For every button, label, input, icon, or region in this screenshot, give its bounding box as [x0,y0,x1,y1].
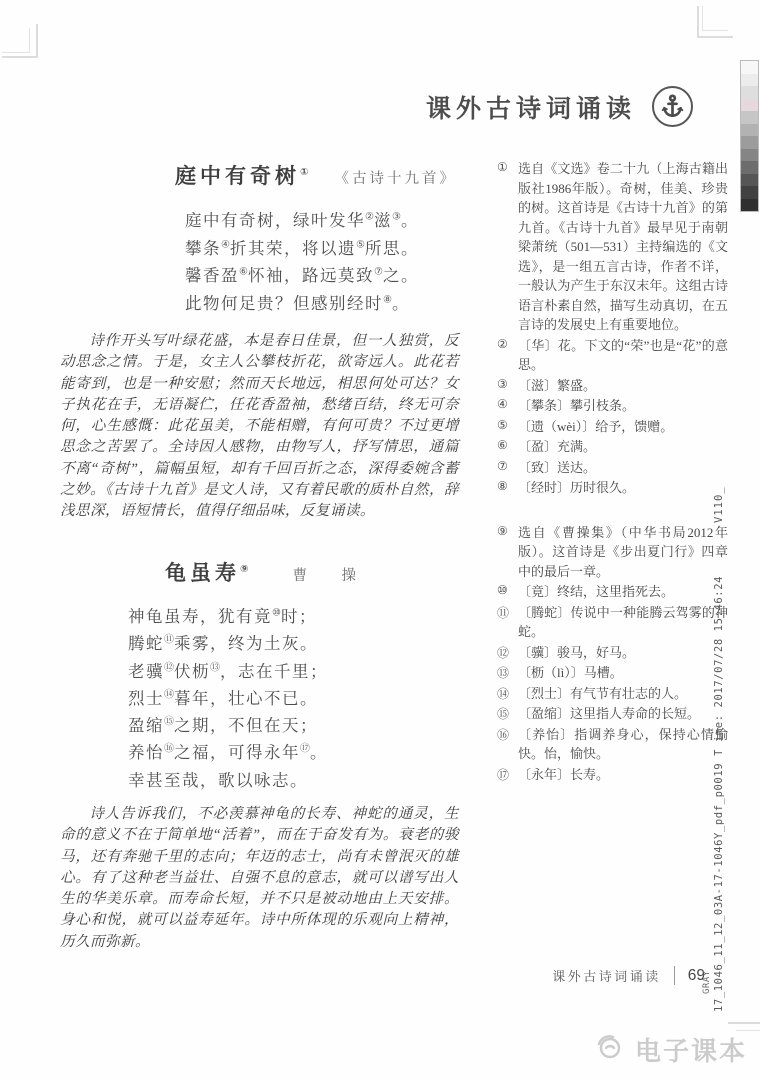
annotation-number: ③ [497,376,518,396]
annotation-item: ⑮〔盈缩〕这里指人寿命的长短。 [497,704,728,724]
annotation-text: 〔竟〕终结，这里指死去。 [518,582,728,602]
footer-section-label: 课外古诗词诵读 [552,966,661,985]
poem-line: 盈缩⑮之期，不但在天； [128,712,328,739]
poem1-commentary: 诗作开头写叶绿花盛，本是春日佳景，但一人独赏，反动思念之情。于是，女主人公攀枝折… [60,331,459,523]
annotation-number: ⑩ [497,582,518,602]
poem2-body: 神龟虽寿，犹有竟⑩时；腾蛇⑪乘雾，终为土灰。老骥⑫伏枥⑬，志在千里；烈士⑭暮年，… [128,603,328,794]
annotations-group2: ⑨选自《曹操集》（中华书局2012年版）。这首诗是《步出夏门行》四章中的最后一章… [497,523,728,785]
annotation-text: 〔枥（lì）〕马槽。 [518,663,728,683]
poem1-heading: 庭中有奇树① 《古诗十九首》 [175,160,457,190]
annotation-item: ⑯〔养怡〕指调养身心，保持心情愉快。怡，愉快。 [497,725,728,764]
annotation-item: ②〔华〕花。下文的“荣”也是“花”的意思。 [497,336,728,375]
press-gray-label: GRAY [702,970,712,994]
ebook-watermark-text: 电子课本 [635,1031,747,1068]
poem-line: 腾蛇⑪乘雾，终为土灰。 [128,630,328,657]
anchor-icon [652,86,693,127]
poem-line: 攀条④折其荣，将以遗⑤所思。 [185,235,419,263]
register-mark-top-left-inner [2,28,30,53]
annotation-number: ⑯ [497,725,518,764]
annotation-text: 〔致〕送达。 [518,458,728,478]
annotation-item: ⑤〔遗（wèi）〕给予，馈赠。 [497,417,728,437]
annotation-number: ① [497,159,518,335]
register-mark-top-right [697,6,733,38]
annotation-number: ② [497,336,518,375]
poem2-title-note-marker: ⑨ [240,564,248,575]
annotation-item: ⑫〔骥〕骏马，好马。 [497,643,728,663]
poem1-body: 庭中有奇树，绿叶发华②滋③。攀条④折其荣，将以遗⑤所思。馨香盈⑥怀袖，路远莫致⑦… [185,207,419,317]
annotation-number: ⑦ [497,458,518,478]
poem2-commentary: 诗人告诉我们，不必羡慕神龟的长寿、神蛇的通灵，生命的意义不在于简单地“活着”，而… [60,804,459,953]
annotation-text: 〔腾蛇〕传说中一种能腾云驾雾的神蛇。 [518,603,728,642]
annotation-text: 选自《曹操集》（中华书局2012年版）。这首诗是《步出夏门行》四章中的最后一章。 [518,523,728,582]
annotation-item: ⑭〔烈士〕有气节有壮志的人。 [497,684,728,704]
annotation-number: ⑭ [497,684,518,704]
page-footer: 课外古诗词诵读 69 [0,966,705,985]
annotation-item: ①选自《文选》卷二十九（上海古籍出版社1986年版）。奇树，佳美、珍贵的树。这首… [497,159,728,335]
annotation-item: ⑩〔竟〕终结，这里指死去。 [497,582,728,602]
annotation-text: 〔华〕花。下文的“荣”也是“花”的意思。 [518,336,728,375]
annotation-item: ⑨选自《曹操集》（中华书局2012年版）。这首诗是《步出夏门行》四章中的最后一章… [497,523,728,582]
poem-line: 烈士⑭暮年，壮心不已。 [128,685,328,712]
annotation-number: ⑤ [497,417,518,437]
annotation-item: ④〔攀条〕攀引枝条。 [497,396,728,416]
annotation-text: 〔养怡〕指调养身心，保持心情愉快。怡，愉快。 [518,725,728,764]
annotation-text: 〔滋〕繁盛。 [518,376,728,396]
annotation-item: ⑬〔枥（lì）〕马槽。 [497,663,728,683]
annotation-number: ⑬ [497,663,518,683]
poem2-title: 龟虽寿⑨ [165,557,248,587]
annotations-group1: ①选自《文选》卷二十九（上海古籍出版社1986年版）。奇树，佳美、珍贵的树。这首… [497,159,728,498]
poem1-title: 庭中有奇树① [175,160,308,190]
register-mark-bottom-right [728,1022,760,1024]
annotation-item: ③〔滋〕繁盛。 [497,376,728,396]
ebook-watermark: 电子课本 [593,1031,747,1068]
section-title: 课外古诗词诵读 [426,89,636,125]
annotation-text: 〔盈缩〕这里指人寿命的长短。 [518,704,728,724]
annotation-item: ⑪〔腾蛇〕传说中一种能腾云驾雾的神蛇。 [497,603,728,642]
press-version-code: V110_ [713,486,725,523]
annotation-number: ⑫ [497,643,518,663]
annotation-item: ⑦〔致〕送达。 [497,458,728,478]
annotation-item: ⑧〔经时〕历时很久。 [497,478,728,498]
annotation-text: 〔骥〕骏马，好马。 [518,643,728,663]
register-mark-top-right-inner [702,6,728,31]
annotation-item: ⑰〔永年〕长寿。 [497,765,728,785]
press-file-code: 17_1046_11_12_03A-17-1046Y_pdf_p0019 T i… [713,576,725,1012]
annotation-text: 选自《文选》卷二十九（上海古籍出版社1986年版）。奇树，佳美、珍贵的树。这首诗… [518,159,728,335]
annotations-column: ①选自《文选》卷二十九（上海古籍出版社1986年版）。奇树，佳美、珍贵的树。这首… [497,159,728,785]
poem-line: 庭中有奇树，绿叶发华②滋③。 [185,207,419,235]
annotation-number: ⑥ [497,437,518,457]
footer-divider [674,966,675,985]
poem-line: 神龟虽寿，犹有竟⑩时； [128,603,328,630]
poem2-heading: 龟虽寿⑨ 曹 操 [165,557,366,587]
annotation-number: ⑧ [497,478,518,498]
annotation-number: ⑰ [497,765,518,785]
annotation-number: ④ [497,396,518,416]
annotation-item: ⑥〔盈〕充满。 [497,437,728,457]
poem-line: 馨香盈⑥怀袖，路远莫致⑦之。 [185,262,419,290]
annotation-text: 〔烈士〕有气节有壮志的人。 [518,684,728,704]
annotation-text: 〔永年〕长寿。 [518,765,728,785]
poem2-author: 曹 操 [292,564,366,585]
annotation-text: 〔经时〕历时很久。 [518,478,728,498]
poem-line: 幸甚至哉，歌以咏志。 [128,767,328,794]
grayscale-calibration-strip [740,60,759,212]
annotation-text: 〔盈〕充满。 [518,437,728,457]
annotation-number: ⑨ [497,523,518,582]
poem-line: 此物何足贵？但感别经时⑧。 [185,290,419,318]
poem-line: 养怡⑯之福，可得永年⑰。 [128,739,328,766]
annotation-text: 〔攀条〕攀引枝条。 [518,396,728,416]
annotation-number: ⑪ [497,603,518,642]
poem-line: 老骥⑫伏枥⑬，志在千里； [128,658,328,685]
annotation-number: ⑮ [497,704,518,724]
annotation-text: 〔遗（wèi）〕给予，馈赠。 [518,417,728,437]
page-header: 课外古诗词诵读 [0,86,693,127]
poem1-title-note-marker: ① [300,167,308,178]
poem1-attribution: 《古诗十九首》 [334,167,457,188]
register-mark-top-left [2,24,38,58]
ebook-logo-icon [593,1032,627,1067]
